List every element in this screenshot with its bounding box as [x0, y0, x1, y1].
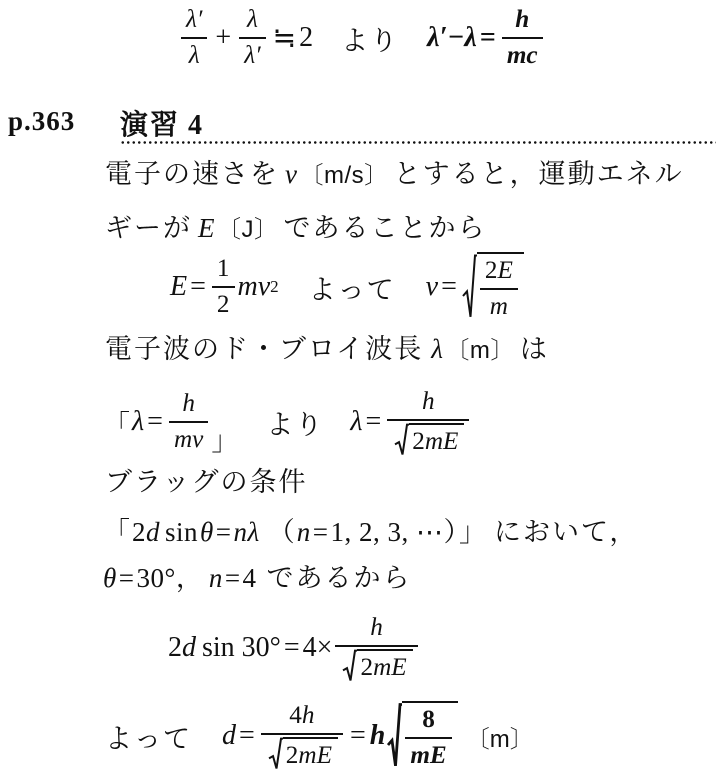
- equals-sign: =: [216, 517, 232, 547]
- variable-h-bold: h: [370, 720, 386, 752]
- unit-meter: 〔m〕: [445, 337, 515, 364]
- fraction-numerator: λ′: [181, 5, 207, 37]
- fraction-numerator: h: [169, 389, 208, 421]
- fraction-denominator: λ′: [239, 37, 265, 71]
- coefficient-two: 2: [412, 427, 425, 457]
- radical-icon: [462, 252, 477, 321]
- equals-sign: =: [441, 271, 457, 303]
- radicand: 2mE: [283, 737, 338, 771]
- square-root: 2mE: [342, 649, 412, 683]
- bold-result-group: λ′−λ = h mc: [427, 5, 545, 70]
- body-line-bragg-title: ブラッグの条件: [105, 465, 307, 500]
- variable-n: n: [297, 517, 311, 547]
- fraction-h-over-mv: h mv: [169, 389, 208, 454]
- unit-joule: 〔J〕: [217, 216, 279, 243]
- equals-sign: =: [313, 517, 329, 547]
- variable-n: n: [234, 517, 248, 547]
- coefficient-four: 4: [289, 702, 302, 729]
- exercise-number: 4: [188, 110, 202, 142]
- comma: ，: [176, 563, 205, 593]
- variable-lambda: λ: [132, 406, 144, 438]
- variable-E: E: [198, 213, 215, 243]
- variable-E: E: [497, 257, 512, 284]
- fraction-numerator: 4h: [261, 701, 343, 733]
- connective-yori: より: [266, 403, 324, 442]
- four-times-term: 4×: [303, 632, 333, 664]
- fraction-numerator: 2E: [480, 256, 518, 288]
- equation-de-broglie: 「 λ = h mv 」 より λ = h 2mE: [103, 386, 472, 458]
- square-root: 2mE: [268, 737, 338, 771]
- connective-yotte: よって: [105, 717, 192, 756]
- value-two: 2: [299, 22, 313, 54]
- text-run: であるから: [267, 563, 412, 593]
- fraction-denominator: 2mE: [261, 733, 343, 771]
- variable-lambda: λ: [350, 406, 362, 438]
- variable-v: v: [426, 271, 438, 303]
- textbook-page: λ′ λ + λ λ′ ≒ 2 より λ′−λ = h mc p.363 演習 …: [0, 0, 720, 779]
- close-paren-quote: ）」: [443, 517, 488, 547]
- fraction-denominator: 2mE: [335, 645, 417, 683]
- text-run: とすると，運動エネル: [394, 159, 684, 189]
- equals-sign: =: [119, 563, 135, 593]
- open-paren: （: [268, 517, 297, 547]
- text-run: であることから: [284, 213, 487, 243]
- variable-d: d: [222, 720, 236, 752]
- fraction-lambda-over-lambda-prime: λ λ′: [239, 5, 265, 70]
- sequence-values: 1, 2, 3, ⋯: [330, 517, 443, 547]
- open-quote-bracket: 「: [103, 517, 132, 547]
- body-line-bragg-formula: 「2dsinθ=nλ（n=1, 2, 3, ⋯）」において，: [103, 515, 638, 550]
- equals-sign: =: [225, 563, 241, 593]
- equation-kinetic-energy: E = 1 2 mv2 よって v = 2E m: [170, 251, 524, 323]
- text-run: ブラッグの条件: [105, 467, 307, 497]
- equals-sign: =: [147, 406, 163, 438]
- exercise-label: 演習: [120, 103, 180, 143]
- fraction-denominator: λ: [181, 37, 207, 71]
- open-quote-bracket: 「: [103, 403, 132, 442]
- coefficient-two: 2: [485, 257, 498, 284]
- fraction-h-over-mc: h mc: [502, 5, 543, 70]
- text-run: は: [520, 334, 549, 364]
- variable-lambda: λ: [431, 334, 443, 364]
- fraction-h-over-sqrt-2mE: h 2mE: [335, 613, 417, 682]
- sin-function: sin: [165, 517, 198, 547]
- body-line-3: 電子波のド・ブロイ波長λ〔m〕は: [105, 332, 549, 367]
- equation-final-result: よって d = 4h 2mE = h 8 mE: [105, 694, 534, 778]
- text-run: 電子波のド・ブロイ波長: [105, 334, 423, 364]
- equals-sign: =: [284, 632, 300, 664]
- variable-mE: mE: [373, 653, 407, 683]
- approx-equals-sign: ≒: [273, 21, 297, 55]
- body-line-1: 電子の速さをv〔m/s〕とすると，運動エネル: [105, 157, 684, 192]
- sin-30-term: sin 30°: [202, 632, 281, 664]
- radicand: 2E m: [477, 252, 524, 321]
- variable-theta: θ: [200, 517, 214, 547]
- fraction-one-half: 1 2: [212, 254, 235, 319]
- variable-E: E: [170, 271, 187, 303]
- variable-v: v: [285, 159, 297, 189]
- coefficient-two: 2: [132, 517, 146, 547]
- equals-sign: =: [190, 271, 206, 303]
- fraction-denominator: 2mE: [387, 419, 469, 457]
- bold-result-group: h 8 mE: [370, 701, 458, 770]
- text-run: ギーが: [105, 213, 192, 243]
- page-reference: p.363: [8, 106, 75, 137]
- radicand: 8 mE: [402, 701, 457, 770]
- fraction-lambda-prime-over-lambda: λ′ λ: [181, 5, 207, 70]
- fraction-8-over-mE: 8 mE: [405, 705, 451, 770]
- dotted-rule: [120, 141, 716, 144]
- coefficient-two: 2: [360, 653, 373, 683]
- fraction-denominator: 2: [212, 286, 235, 320]
- fraction-numerator: h: [335, 613, 417, 645]
- unit-m-per-s: 〔m/s〕: [299, 162, 388, 189]
- fraction-numerator: h: [387, 387, 469, 419]
- fraction-numerator: h: [502, 5, 543, 37]
- fraction-4h-over-sqrt-2mE: 4h 2mE: [261, 701, 343, 770]
- equation-compton-result: λ′ λ + λ λ′ ≒ 2 より λ′−λ = h mc: [178, 5, 546, 71]
- exercise-heading: 演習 4: [120, 103, 202, 143]
- mv-term: mv: [238, 271, 271, 303]
- variable-h: h: [302, 702, 315, 729]
- body-line-conditions: θ=30°，n=4であるから: [103, 561, 412, 596]
- order-value: 4: [243, 563, 257, 593]
- variable-d: d: [146, 517, 160, 547]
- fraction-denominator: mv: [169, 421, 208, 455]
- equals-sign: =: [480, 22, 496, 54]
- variable-mE: mE: [425, 427, 459, 457]
- variable-n: n: [209, 563, 223, 593]
- connective-yotte: よって: [309, 268, 396, 307]
- fraction-numerator: 8: [405, 705, 451, 737]
- fraction-h-over-sqrt-2mE: h 2mE: [387, 387, 469, 456]
- text-run: において，: [494, 517, 638, 547]
- radical-icon: [342, 649, 357, 683]
- fraction-denominator: m: [480, 288, 518, 322]
- connective-yori: より: [341, 19, 399, 58]
- radicand: 2mE: [409, 423, 464, 457]
- fraction-numerator: λ: [239, 5, 265, 37]
- equals-sign: =: [365, 406, 381, 438]
- equals-sign: =: [350, 720, 366, 752]
- radical-icon: [268, 737, 283, 771]
- equals-sign: =: [239, 720, 255, 752]
- square-root: 2mE: [394, 423, 464, 457]
- text-run: 電子の速さを: [105, 159, 279, 189]
- radical-icon: [387, 701, 402, 770]
- plus-operator: +: [215, 22, 231, 54]
- coefficient-two: 2: [286, 741, 299, 771]
- variable-mE: mE: [298, 741, 332, 771]
- variable-theta: θ: [103, 563, 117, 593]
- radicand: 2mE: [357, 649, 412, 683]
- square-root: 2E m: [462, 252, 524, 321]
- lambda-difference: λ′−λ: [427, 22, 477, 54]
- fraction-numerator: 1: [212, 254, 235, 286]
- square-root: 8 mE: [387, 701, 457, 770]
- body-line-2: ギーがE〔J〕であることから: [105, 211, 487, 246]
- fraction-denominator: mE: [405, 737, 451, 771]
- radical-icon: [394, 423, 409, 457]
- unit-meter: 〔m〕: [466, 719, 534, 754]
- close-quote-bracket: 」: [211, 419, 240, 458]
- angle-value: 30°: [137, 563, 176, 593]
- variable-lambda: λ: [248, 517, 260, 547]
- coefficient-two: 2: [168, 632, 182, 664]
- fraction-denominator: mc: [502, 37, 543, 71]
- equation-bragg-substituted: 2d sin 30° = 4× h 2mE: [168, 606, 421, 690]
- fraction-2E-over-m: 2E m: [480, 256, 518, 321]
- variable-d: d: [182, 632, 196, 664]
